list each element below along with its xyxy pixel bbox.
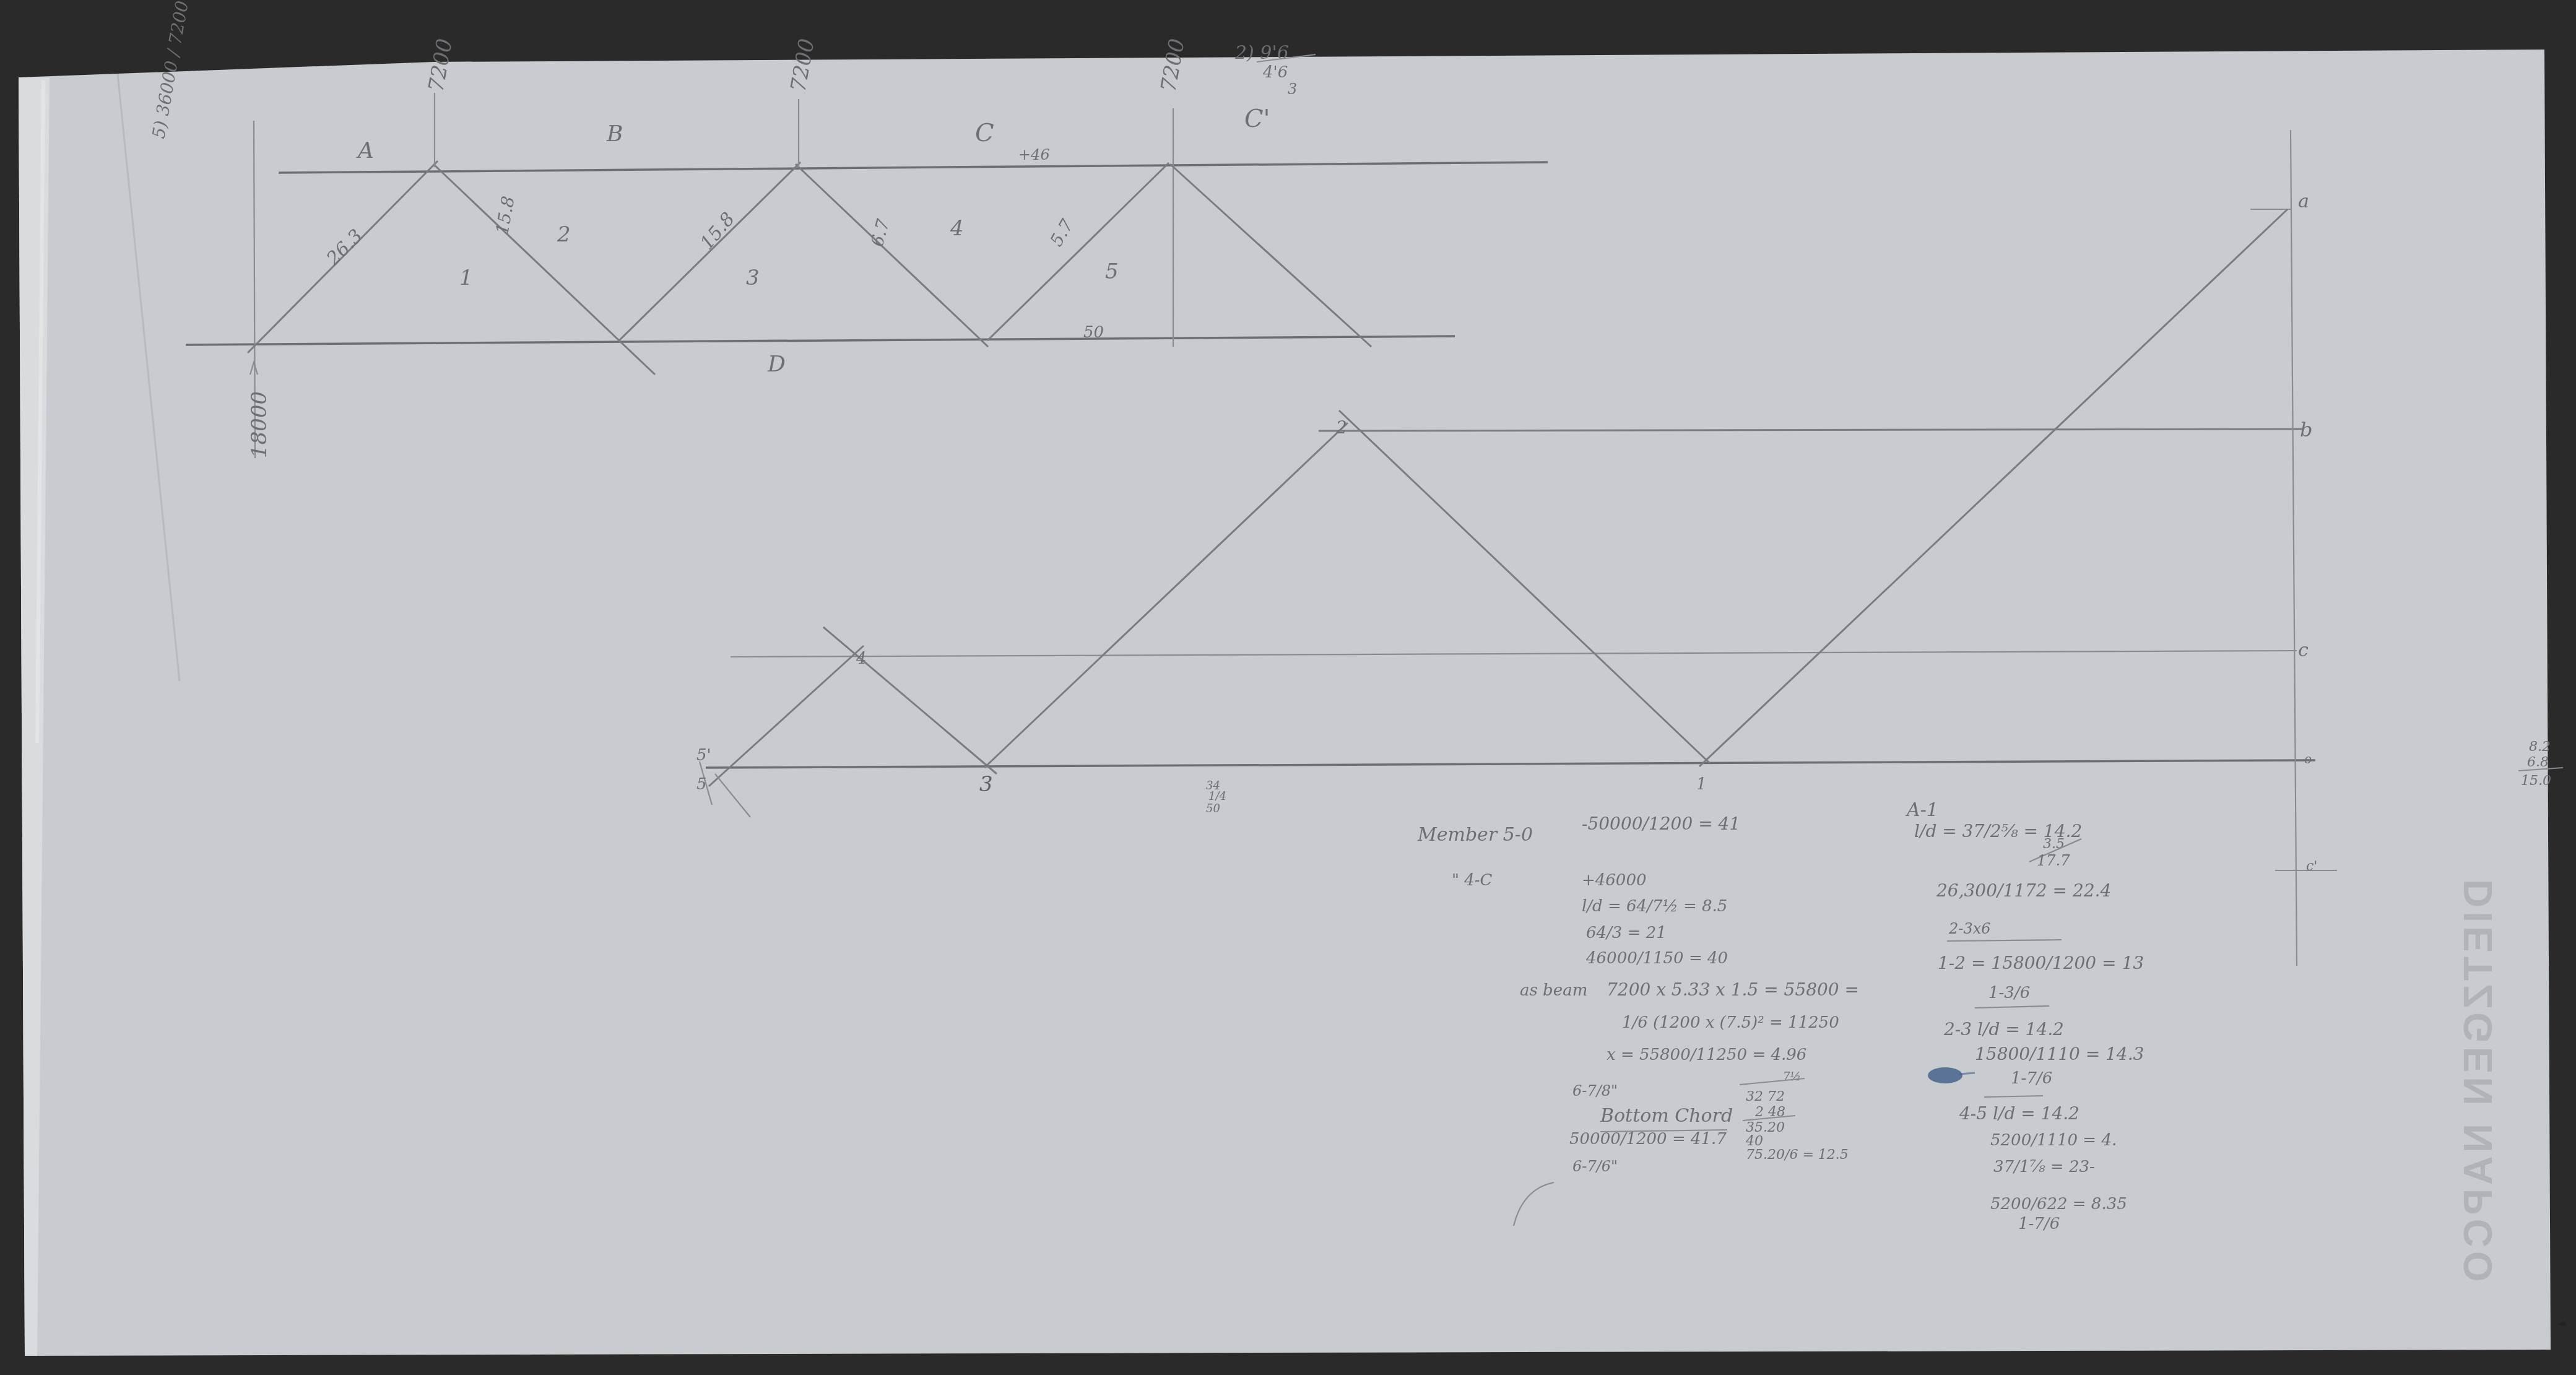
point-label: 2	[1335, 417, 1347, 438]
reaction-label: 18000	[247, 391, 272, 458]
point-label: 1	[1696, 775, 1707, 794]
margin-calc-text: 3	[1288, 80, 1297, 98]
paper-grain	[19, 50, 2551, 1356]
calc-label: " 4-C	[1452, 871, 1493, 890]
calc-expr: 6-7/6"	[1572, 1158, 1618, 1175]
calc-line: 1-3/6	[1988, 984, 2030, 1002]
panel-label: 2	[557, 222, 571, 247]
stamp-text: DIETZGEN NAPCO	[2456, 879, 2500, 1285]
point-label: 5	[696, 775, 707, 794]
ink-blot	[1928, 1067, 1962, 1083]
space-label-c: C	[975, 119, 994, 147]
calc-line: 2-3 l/d = 14.2	[1943, 1019, 2064, 1039]
calc-line: 1-7/6	[2011, 1069, 2052, 1088]
baseline-note: 50	[1206, 802, 1220, 815]
calc-expr: -50000/1200 = 41	[1582, 813, 1740, 834]
calc-line: 17.7	[2037, 852, 2070, 869]
calc-expr: 46000/1150 = 40	[1585, 949, 1728, 968]
load-line-label: o	[2304, 752, 2312, 766]
load-line-label: b	[2300, 418, 2312, 441]
top-chord-note: +46	[1018, 146, 1050, 163]
baseline-note: 1/4	[1208, 790, 1226, 803]
bleed-through-stamp: DIETZGEN NAPCO	[2456, 879, 2500, 1285]
calc-label: 6-7/8"	[1572, 1082, 1618, 1100]
load-line-label: a	[2298, 191, 2309, 212]
calc-line: 4-5 l/d = 14.2	[1959, 1103, 2079, 1124]
point-label: 4	[856, 649, 867, 668]
space-label-d: D	[767, 352, 786, 377]
sum-line: 7½	[1783, 1070, 1801, 1083]
calc-expr: +46000	[1582, 871, 1647, 890]
calc-label: as beam	[1520, 981, 1587, 1000]
calc-line: 1-2 = 15800/1200 = 13	[1938, 953, 2144, 973]
margin-calc-text: 4'6	[1262, 63, 1288, 82]
calc-expr: 64/3 = 21	[1586, 924, 1667, 942]
calc-line: 26,300/1172 = 22.4	[1936, 880, 2111, 901]
point-label: 5'	[696, 746, 711, 765]
bottom-chord-heading: Bottom Chord	[1600, 1105, 1733, 1127]
margin-calc-text: 2) 9'6	[1234, 42, 1289, 64]
panel-label: 1	[459, 266, 473, 290]
calc-line: 3.5	[2043, 836, 2065, 852]
calc-line: 5200/622 = 8.35	[1990, 1195, 2127, 1213]
calc-expr: 1/6 (1200 x (7.5)² = 11250	[1622, 1013, 1839, 1032]
drawing-sheet: 7200 7200 7200 18000 A B C C' D 1 2 3 4 …	[0, 0, 2576, 1375]
calc-line: 5200/1110 = 4.	[1990, 1131, 2117, 1150]
calc-line: A-1	[1905, 799, 1938, 821]
sum-line: 75.20/6 = 12.5	[1746, 1147, 1849, 1163]
panel-label: 5	[1105, 259, 1119, 284]
load-line-label: c	[2298, 640, 2309, 661]
panel-label: 4	[950, 216, 964, 241]
calc-expr: 50000/1200 = 41.7	[1569, 1130, 1727, 1148]
calc-line: 37/1⅞ = 23-	[1993, 1158, 2095, 1176]
calc-line: 2-3x6	[1948, 920, 1990, 937]
calc-label: Member 5-0	[1417, 824, 1533, 846]
bottom-chord-note: 50	[1083, 323, 1104, 342]
sum-line: 32 72	[1746, 1089, 1785, 1104]
calc-expr: l/d = 64/7½ = 8.5	[1582, 897, 1727, 916]
calc-line: 15800/1110 = 14.3	[1975, 1044, 2144, 1064]
point-label: 3	[979, 772, 993, 797]
space-label-a: A	[356, 138, 374, 163]
margin-sum-line: 15.0	[2521, 773, 2551, 789]
load-line-label: c'	[2306, 859, 2317, 874]
margin-sum-line: 6.8	[2527, 755, 2549, 770]
calc-line: 1-7/6	[2018, 1215, 2060, 1233]
margin-sum-line: 8.2	[2529, 739, 2551, 755]
panel-label: 3	[746, 266, 760, 290]
ink-blot-tail	[1959, 1073, 1975, 1074]
calc-expr: x = 55800/11250 = 4.96	[1607, 1046, 1806, 1064]
space-label-c-prime: C'	[1244, 105, 1270, 133]
calc-expr: 7200 x 5.33 x 1.5 = 55800 =	[1607, 979, 1859, 1000]
space-label-b: B	[606, 121, 623, 147]
